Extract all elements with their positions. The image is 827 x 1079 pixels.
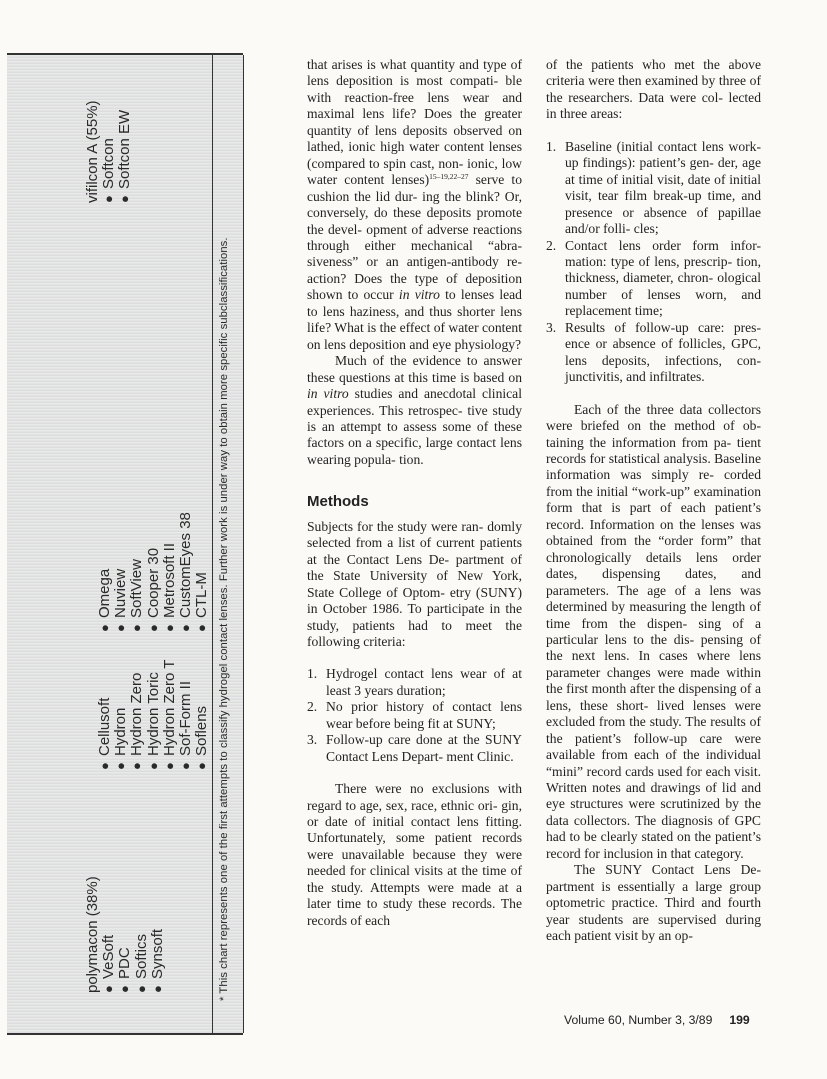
lens-name: Softcon EW <box>116 110 133 189</box>
bullet-icon: ● <box>113 756 129 770</box>
data-areas-list: 1.Baseline (initial contact lens work-up… <box>546 139 761 386</box>
bullet-icon: ● <box>178 756 194 770</box>
paragraph: of the patients who met the above criter… <box>546 57 761 123</box>
bullet-icon: ● <box>129 756 145 770</box>
figure-group-vifilcon: vifilcon A (55%) ●Softcon ●Softcon EW <box>85 100 134 203</box>
bullet-icon: ● <box>162 756 178 770</box>
bullet-icon: ● <box>162 618 178 632</box>
figure-group-polymacon: polymacon (38%) ●VeSoft ●PDC ●Softics ●S… <box>85 876 166 993</box>
bullet-icon: ● <box>134 979 150 993</box>
lens-name: Hydron Zero T <box>161 660 178 756</box>
bullet-icon: ● <box>146 618 162 632</box>
citation: 15–19,22–27 <box>429 172 468 181</box>
criteria-list: 1.Hydrogel contact lens wear of at least… <box>307 666 522 765</box>
lens-name: VeSoft <box>100 935 117 979</box>
page-footer: Volume 60, Number 3, 3/89199 <box>564 1013 750 1027</box>
lens-name: Soflens <box>193 706 210 756</box>
hydrogel-classification-figure: vifilcon A (55%) ●Softcon ●Softcon EW ●C… <box>7 53 243 1035</box>
text-column-2: of the patients who met the above criter… <box>546 57 761 945</box>
figure-divider <box>212 55 213 1033</box>
journal-issue: Volume 60, Number 3, 3/89 <box>564 1013 712 1027</box>
lens-name: Softcon <box>100 138 117 189</box>
list-item: 1.Hydrogel contact lens wear of at least… <box>307 666 522 699</box>
lens-name: Softics <box>133 934 150 979</box>
bullet-icon: ● <box>150 979 166 993</box>
lens-name: Cellusoft <box>96 698 113 756</box>
bullet-icon: ● <box>117 979 133 993</box>
bullet-icon: ● <box>97 618 113 632</box>
list-item: 1.Baseline (initial contact lens work-up… <box>546 139 761 238</box>
paragraph: The SUNY Contact Lens De- partment is es… <box>546 862 761 944</box>
text-column-1: that arises is what quantity and type of… <box>307 57 522 929</box>
section-heading-methods: Methods <box>307 494 522 510</box>
bullet-icon: ● <box>117 189 133 203</box>
figure-border <box>243 55 244 1033</box>
bullet-icon: ● <box>129 618 145 632</box>
paragraph: Subjects for the study were ran- domly s… <box>307 519 522 651</box>
lens-name: CustomEyes 38 <box>177 512 194 618</box>
paragraph: Much of the evidence to answer these que… <box>307 353 522 468</box>
bullet-icon: ● <box>101 189 117 203</box>
lens-name: PDC <box>116 947 133 979</box>
bullet-icon: ● <box>146 756 162 770</box>
lens-name: Synsoft <box>149 929 166 979</box>
lens-name: Hydron Zero <box>128 673 145 756</box>
bullet-icon: ● <box>113 618 129 632</box>
lens-name: SoftView <box>128 559 145 618</box>
bullet-icon: ● <box>194 756 210 770</box>
lens-name: Omega <box>96 569 113 618</box>
paragraph: Each of the three data collectors were b… <box>546 402 761 863</box>
paragraph: that arises is what quantity and type of… <box>307 57 522 353</box>
lens-name: Cooper 30 <box>145 548 162 618</box>
bullet-icon: ● <box>101 979 117 993</box>
group-title: polymacon (38%) <box>85 876 101 993</box>
lens-name: Sof-Form II <box>177 681 194 756</box>
bullet-icon: ● <box>194 618 210 632</box>
lens-name: CTL-M <box>193 572 210 618</box>
lens-name: Hydron <box>112 708 129 756</box>
lens-name: Hydron Toric <box>145 672 162 756</box>
list-item: 2.No prior history of contact lens wear … <box>307 699 522 732</box>
figure-group-list-a: ●Cellusoft ●Hydron ●Hydron Zero ●Hydron … <box>97 660 210 770</box>
figure-group-list-b: ●Omega ●Nuview ●SoftView ●Cooper 30 ●Met… <box>97 512 210 632</box>
paragraph: There were no exclusions with regard to … <box>307 781 522 929</box>
lens-name: Nuview <box>112 569 129 618</box>
figure-footnote: * This chart represents one of the first… <box>218 237 230 1001</box>
lens-name: Metrosoft II <box>161 543 178 618</box>
group-title: vifilcon A (55%) <box>85 100 101 203</box>
list-item: 2.Contact lens order form infor- mation:… <box>546 238 761 320</box>
bullet-icon: ● <box>178 618 194 632</box>
list-item: 3.Follow-up care done at the SUNY Contac… <box>307 732 522 765</box>
bullet-icon: ● <box>97 756 113 770</box>
page-number: 199 <box>729 1013 749 1027</box>
list-item: 3.Results of follow-up care: pres- ence … <box>546 320 761 386</box>
